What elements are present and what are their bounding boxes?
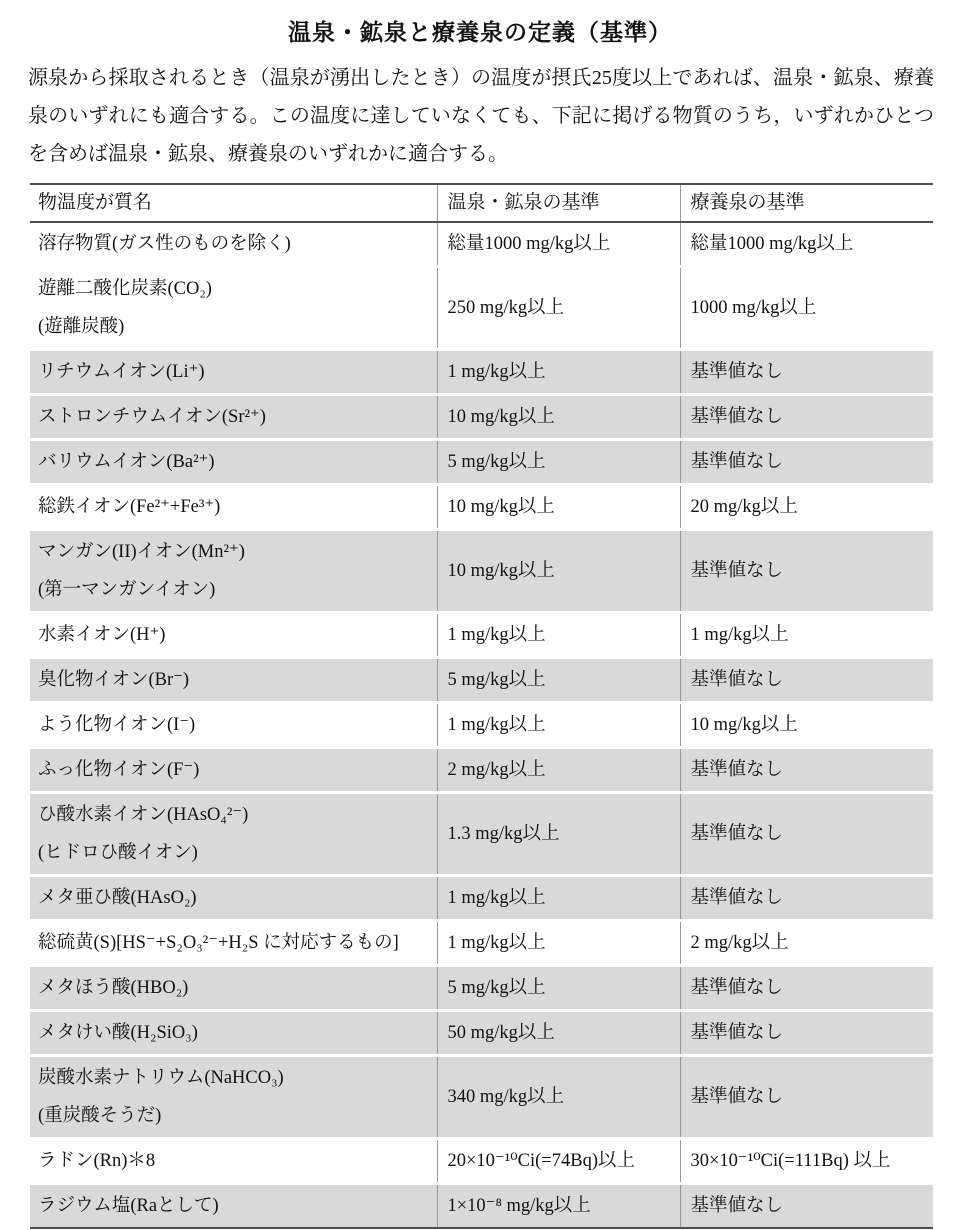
onsen-kosen-criteria-cell: 総量1000 mg/kg以上 <box>437 222 680 267</box>
ryoyosen-criteria-cell: 基準値なし <box>680 1056 933 1139</box>
table-row: 炭酸水素ナトリウム(NaHCO₃) (重炭酸そうだ)340 mg/kg以上基準値… <box>30 1056 933 1139</box>
ryoyosen-criteria-cell: 1 mg/kg以上 <box>680 613 933 658</box>
ryoyosen-criteria-cell: 基準値なし <box>680 748 933 793</box>
table-row: よう化物イオン(I⁻)1 mg/kg以上10 mg/kg以上 <box>30 703 933 748</box>
document-page: 温泉・鉱泉と療養泉の定義（基準） 源泉から採取されるとき（温泉が湧出したとき）の… <box>0 14 960 1229</box>
onsen-kosen-criteria-cell: 1 mg/kg以上 <box>437 703 680 748</box>
header-substance-name: 物温度が質名 <box>30 184 437 222</box>
table-row: メタけい酸(H₂SiO₃)50 mg/kg以上基準値なし <box>30 1011 933 1056</box>
ryoyosen-criteria-cell: 10 mg/kg以上 <box>680 703 933 748</box>
table-row: メタほう酸(HBO₂)5 mg/kg以上基準値なし <box>30 966 933 1011</box>
substance-name-cell: 臭化物イオン(Br⁻) <box>30 658 437 703</box>
onsen-kosen-criteria-cell: 10 mg/kg以上 <box>437 530 680 613</box>
table-row: ラドン(Rn)＊820×10⁻¹⁰Ci(=74Bq)以上30×10⁻¹⁰Ci(=… <box>30 1139 933 1184</box>
criteria-table-head: 物温度が質名 温泉・鉱泉の基準 療養泉の基準 <box>30 184 933 222</box>
substance-name-cell: ストロンチウムイオン(Sr²⁺) <box>30 395 437 440</box>
table-row: バリウムイオン(Ba²⁺)5 mg/kg以上基準値なし <box>30 440 933 485</box>
criteria-table-body: 溶存物質(ガス性のものを除く)総量1000 mg/kg以上総量1000 mg/k… <box>30 222 933 1228</box>
ryoyosen-criteria-cell: 基準値なし <box>680 440 933 485</box>
header-ryoyosen-criteria: 療養泉の基準 <box>680 184 933 222</box>
onsen-kosen-criteria-cell: 1 mg/kg以上 <box>437 613 680 658</box>
criteria-table: 物温度が質名 温泉・鉱泉の基準 療養泉の基準 溶存物質(ガス性のものを除く)総量… <box>30 183 933 1229</box>
table-row: 臭化物イオン(Br⁻)5 mg/kg以上基準値なし <box>30 658 933 703</box>
onsen-kosen-criteria-cell: 1 mg/kg以上 <box>437 350 680 395</box>
ryoyosen-criteria-cell: 基準値なし <box>680 658 933 703</box>
substance-name-cell: リチウムイオン(Li⁺) <box>30 350 437 395</box>
table-row: 遊離二酸化炭素(CO₂) (遊離炭酸)250 mg/kg以上1000 mg/kg… <box>30 267 933 350</box>
table-row: 水素イオン(H⁺)1 mg/kg以上1 mg/kg以上 <box>30 613 933 658</box>
table-row: 総硫黄(S)[HS⁻+S₂O₃²⁻+H₂S に対応するもの]1 mg/kg以上2… <box>30 921 933 966</box>
table-row: ラジウム塩(Raとして)1×10⁻⁸ mg/kg以上基準値なし <box>30 1184 933 1229</box>
onsen-kosen-criteria-cell: 5 mg/kg以上 <box>437 440 680 485</box>
substance-name-cell: 総鉄イオン(Fe²⁺+Fe³⁺) <box>30 485 437 530</box>
ryoyosen-criteria-cell: 総量1000 mg/kg以上 <box>680 222 933 267</box>
header-onsen-kosen-criteria: 温泉・鉱泉の基準 <box>437 184 680 222</box>
ryoyosen-criteria-cell: 2 mg/kg以上 <box>680 921 933 966</box>
ryoyosen-criteria-cell: 基準値なし <box>680 1184 933 1229</box>
substance-name-cell: メタ亜ひ酸(HAsO₂) <box>30 876 437 921</box>
substance-name-cell: ひ酸水素イオン(HAsO₄²⁻) (ヒドロひ酸イオン) <box>30 793 437 876</box>
substance-name-cell: ふっ化物イオン(F⁻) <box>30 748 437 793</box>
substance-name-cell: マンガン(II)イオン(Mn²⁺) (第一マンガンイオン) <box>30 530 437 613</box>
onsen-kosen-criteria-cell: 1 mg/kg以上 <box>437 921 680 966</box>
substance-name-cell: ラドン(Rn)＊8 <box>30 1139 437 1184</box>
table-row: 総鉄イオン(Fe²⁺+Fe³⁺)10 mg/kg以上20 mg/kg以上 <box>30 485 933 530</box>
onsen-kosen-criteria-cell: 1×10⁻⁸ mg/kg以上 <box>437 1184 680 1229</box>
ryoyosen-criteria-cell: 1000 mg/kg以上 <box>680 267 933 350</box>
onsen-kosen-criteria-cell: 5 mg/kg以上 <box>437 966 680 1011</box>
onsen-kosen-criteria-cell: 5 mg/kg以上 <box>437 658 680 703</box>
substance-name-cell: ラジウム塩(Raとして) <box>30 1184 437 1229</box>
onsen-kosen-criteria-cell: 20×10⁻¹⁰Ci(=74Bq)以上 <box>437 1139 680 1184</box>
substance-name-cell: 水素イオン(H⁺) <box>30 613 437 658</box>
table-row: マンガン(II)イオン(Mn²⁺) (第一マンガンイオン)10 mg/kg以上基… <box>30 530 933 613</box>
substance-name-cell: よう化物イオン(I⁻) <box>30 703 437 748</box>
substance-name-cell: 総硫黄(S)[HS⁻+S₂O₃²⁻+H₂S に対応するもの] <box>30 921 437 966</box>
header-row: 物温度が質名 温泉・鉱泉の基準 療養泉の基準 <box>30 184 933 222</box>
table-row: ひ酸水素イオン(HAsO₄²⁻) (ヒドロひ酸イオン)1.3 mg/kg以上基準… <box>30 793 933 876</box>
ryoyosen-criteria-cell: 基準値なし <box>680 395 933 440</box>
table-row: 溶存物質(ガス性のものを除く)総量1000 mg/kg以上総量1000 mg/k… <box>30 222 933 267</box>
ryoyosen-criteria-cell: 基準値なし <box>680 350 933 395</box>
onsen-kosen-criteria-cell: 50 mg/kg以上 <box>437 1011 680 1056</box>
ryoyosen-criteria-cell: 基準値なし <box>680 1011 933 1056</box>
substance-name-cell: メタほう酸(HBO₂) <box>30 966 437 1011</box>
table-row: ストロンチウムイオン(Sr²⁺)10 mg/kg以上基準値なし <box>30 395 933 440</box>
onsen-kosen-criteria-cell: 340 mg/kg以上 <box>437 1056 680 1139</box>
onsen-kosen-criteria-cell: 1.3 mg/kg以上 <box>437 793 680 876</box>
page-title: 温泉・鉱泉と療養泉の定義（基準） <box>0 14 960 47</box>
intro-paragraph: 源泉から採取されるとき（温泉が湧出したとき）の温度が摂氏25度以上であれば、温泉… <box>28 59 934 173</box>
onsen-kosen-criteria-cell: 10 mg/kg以上 <box>437 395 680 440</box>
substance-name-cell: 溶存物質(ガス性のものを除く) <box>30 222 437 267</box>
onsen-kosen-criteria-cell: 10 mg/kg以上 <box>437 485 680 530</box>
onsen-kosen-criteria-cell: 2 mg/kg以上 <box>437 748 680 793</box>
onsen-kosen-criteria-cell: 1 mg/kg以上 <box>437 876 680 921</box>
substance-name-cell: メタけい酸(H₂SiO₃) <box>30 1011 437 1056</box>
table-row: ふっ化物イオン(F⁻)2 mg/kg以上基準値なし <box>30 748 933 793</box>
ryoyosen-criteria-cell: 基準値なし <box>680 966 933 1011</box>
onsen-kosen-criteria-cell: 250 mg/kg以上 <box>437 267 680 350</box>
substance-name-cell: 遊離二酸化炭素(CO₂) (遊離炭酸) <box>30 267 437 350</box>
ryoyosen-criteria-cell: 20 mg/kg以上 <box>680 485 933 530</box>
ryoyosen-criteria-cell: 30×10⁻¹⁰Ci(=111Bq) 以上 <box>680 1139 933 1184</box>
substance-name-cell: バリウムイオン(Ba²⁺) <box>30 440 437 485</box>
ryoyosen-criteria-cell: 基準値なし <box>680 793 933 876</box>
table-row: メタ亜ひ酸(HAsO₂)1 mg/kg以上基準値なし <box>30 876 933 921</box>
substance-name-cell: 炭酸水素ナトリウム(NaHCO₃) (重炭酸そうだ) <box>30 1056 437 1139</box>
ryoyosen-criteria-cell: 基準値なし <box>680 530 933 613</box>
ryoyosen-criteria-cell: 基準値なし <box>680 876 933 921</box>
table-row: リチウムイオン(Li⁺)1 mg/kg以上基準値なし <box>30 350 933 395</box>
